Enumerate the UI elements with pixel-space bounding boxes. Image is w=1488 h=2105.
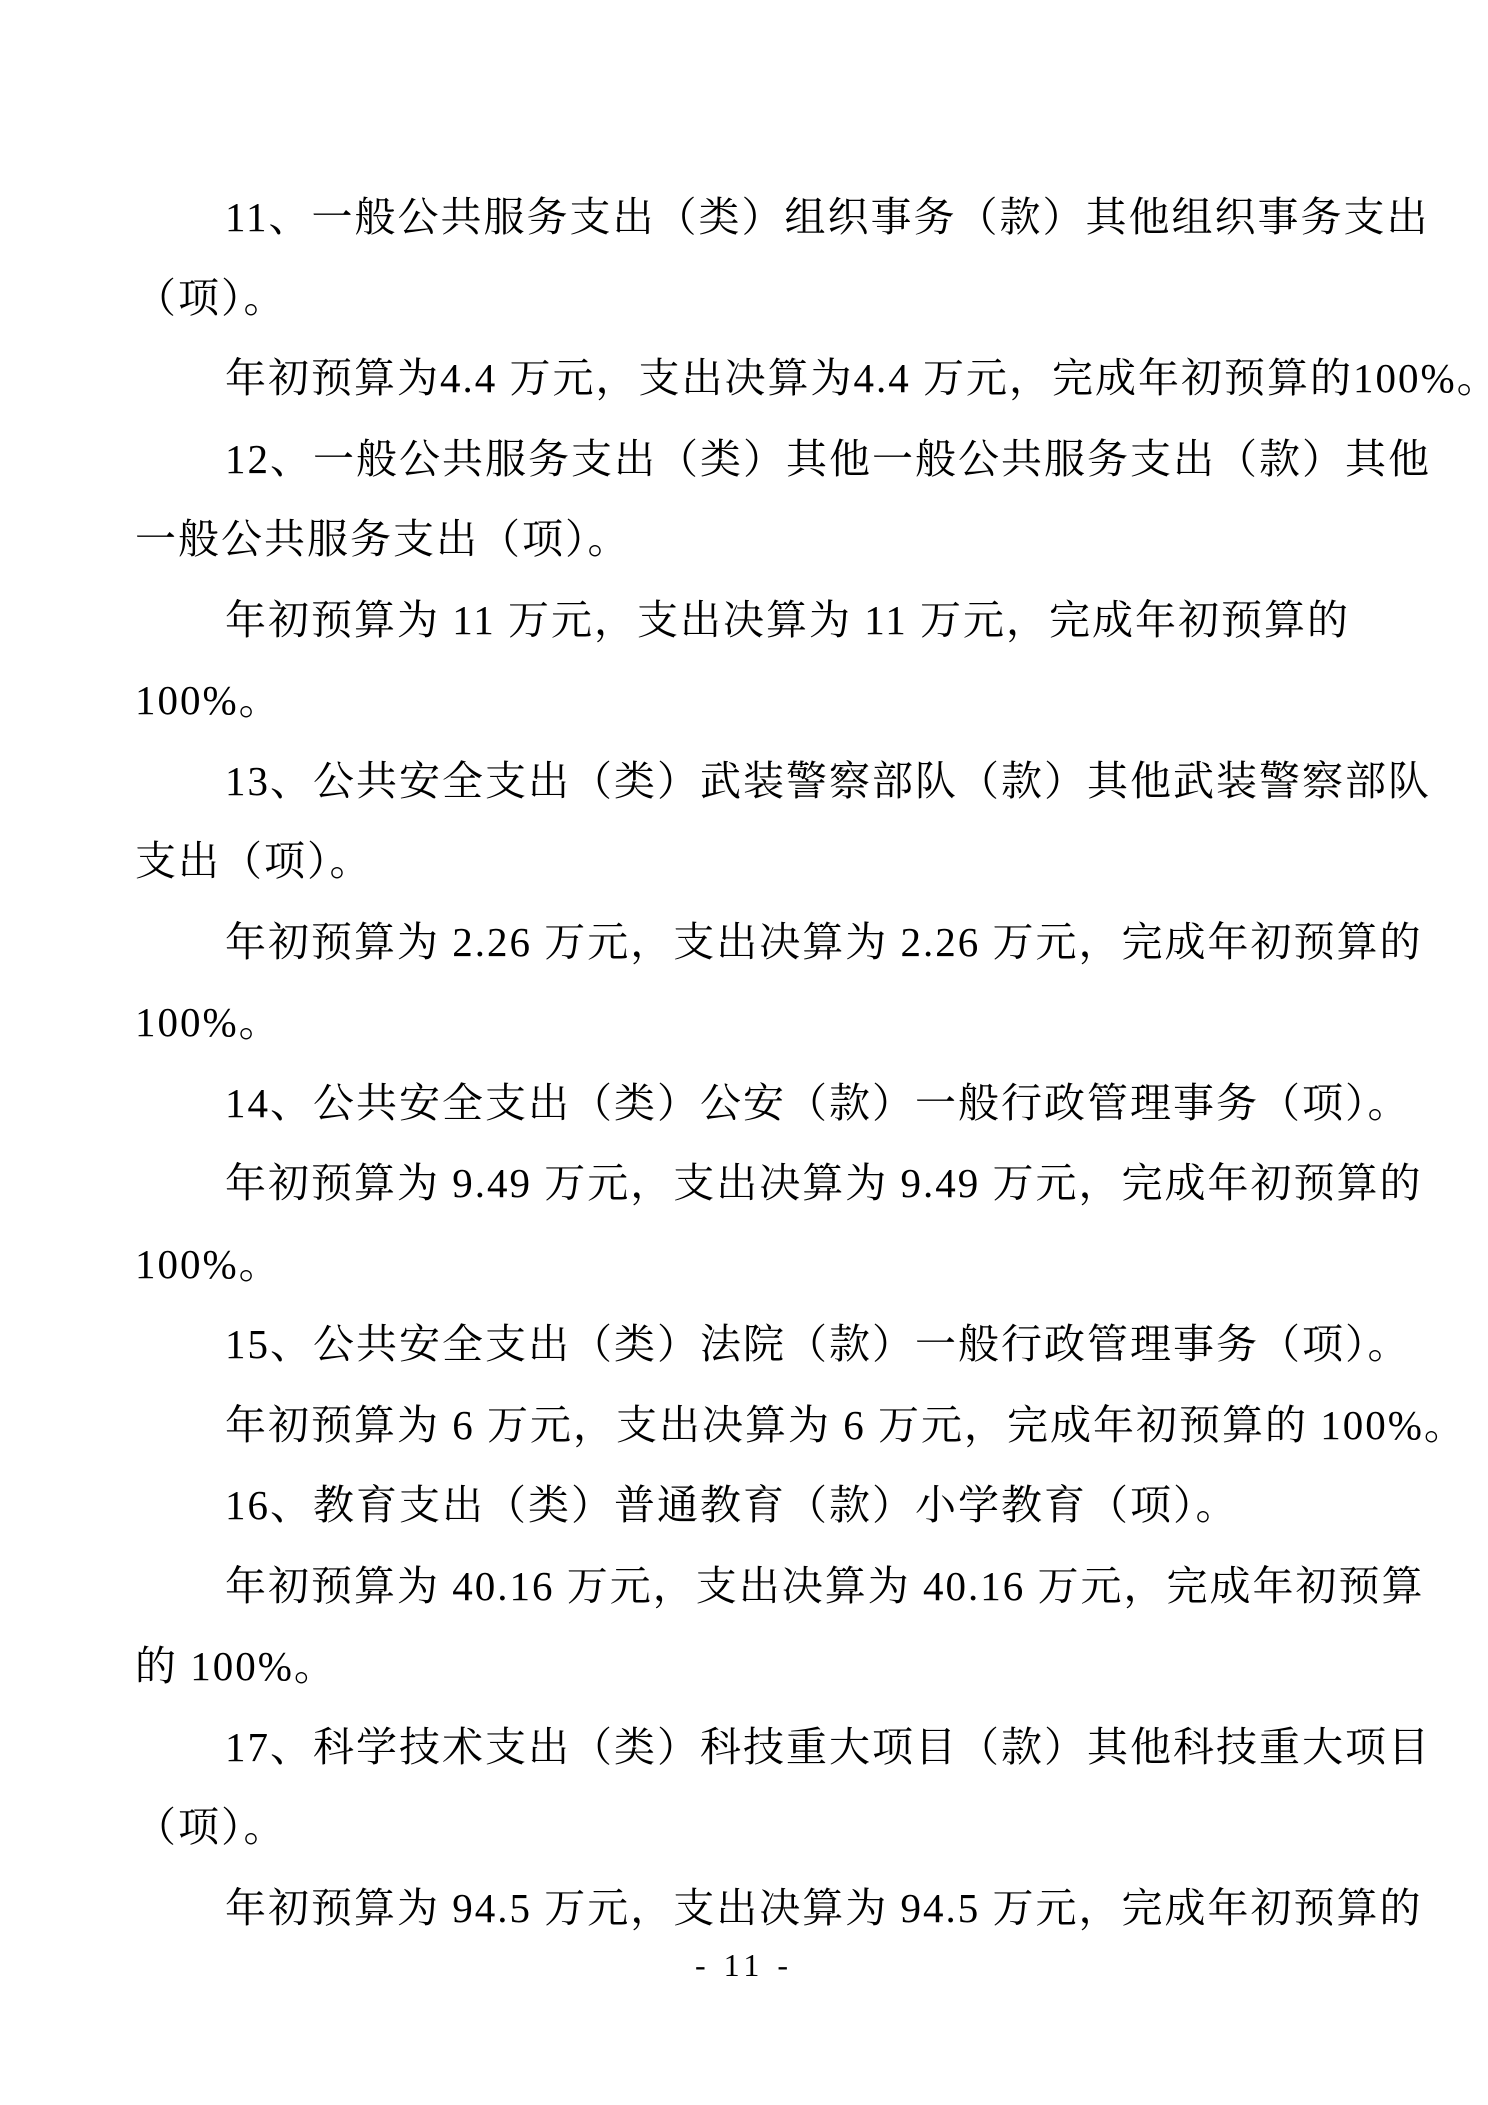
text-line: 年初预算为 11 万元，支出决算为 11 万元，完成年初预算的 bbox=[135, 580, 1435, 661]
text-line: 年初预算为 2.26 万元，支出决算为 2.26 万元，完成年初预算的 bbox=[135, 902, 1435, 983]
text-line: 一般公共服务支出（项）。 bbox=[135, 499, 1435, 580]
text-line: 100%。 bbox=[135, 660, 1435, 741]
text-line: 支出（项）。 bbox=[135, 821, 1435, 902]
text-line: 13、公共安全支出（类）武装警察部队（款）其他武装警察部队 bbox=[135, 741, 1435, 822]
text-line: 年初预算为 94.5 万元，支出决算为 94.5 万元，完成年初预算的 bbox=[135, 1868, 1435, 1949]
text-line: 年初预算为 40.16 万元，支出决算为 40.16 万元，完成年初预算 bbox=[135, 1546, 1435, 1627]
text-line: 100%。 bbox=[135, 1224, 1435, 1305]
text-line: （项）。 bbox=[135, 258, 1435, 339]
text-line: （项）。 bbox=[135, 1787, 1435, 1868]
text-line: 年初预算为 6 万元，支出决算为 6 万元，完成年初预算的 100%。 bbox=[135, 1385, 1435, 1466]
page-number: - 11 - bbox=[695, 1947, 793, 1983]
document-page: 11、一般公共服务支出（类）组织事务（款）其他组织事务支出（项）。年初预算为4.… bbox=[0, 0, 1488, 2105]
text-line: 15、公共安全支出（类）法院（款）一般行政管理事务（项）。 bbox=[135, 1304, 1435, 1385]
text-line: 年初预算为4.4 万元，支出决算为4.4 万元，完成年初预算的100%。 bbox=[135, 338, 1435, 419]
text-line: 12、一般公共服务支出（类）其他一般公共服务支出（款）其他 bbox=[135, 419, 1435, 500]
text-line: 年初预算为 9.49 万元，支出决算为 9.49 万元，完成年初预算的 bbox=[135, 1143, 1435, 1224]
text-line: 16、教育支出（类）普通教育（款）小学教育（项）。 bbox=[135, 1465, 1435, 1546]
text-line: 14、公共安全支出（类）公安（款）一般行政管理事务（项）。 bbox=[135, 1063, 1435, 1144]
text-line: 17、科学技术支出（类）科技重大项目（款）其他科技重大项目 bbox=[135, 1707, 1435, 1788]
text-line: 100%。 bbox=[135, 982, 1435, 1063]
text-line: 11、一般公共服务支出（类）组织事务（款）其他组织事务支出 bbox=[135, 177, 1435, 258]
page-footer: - 11 - bbox=[0, 1942, 1488, 1988]
document-body: 11、一般公共服务支出（类）组织事务（款）其他组织事务支出（项）。年初预算为4.… bbox=[135, 177, 1435, 1948]
text-line: 的 100%。 bbox=[135, 1626, 1435, 1707]
